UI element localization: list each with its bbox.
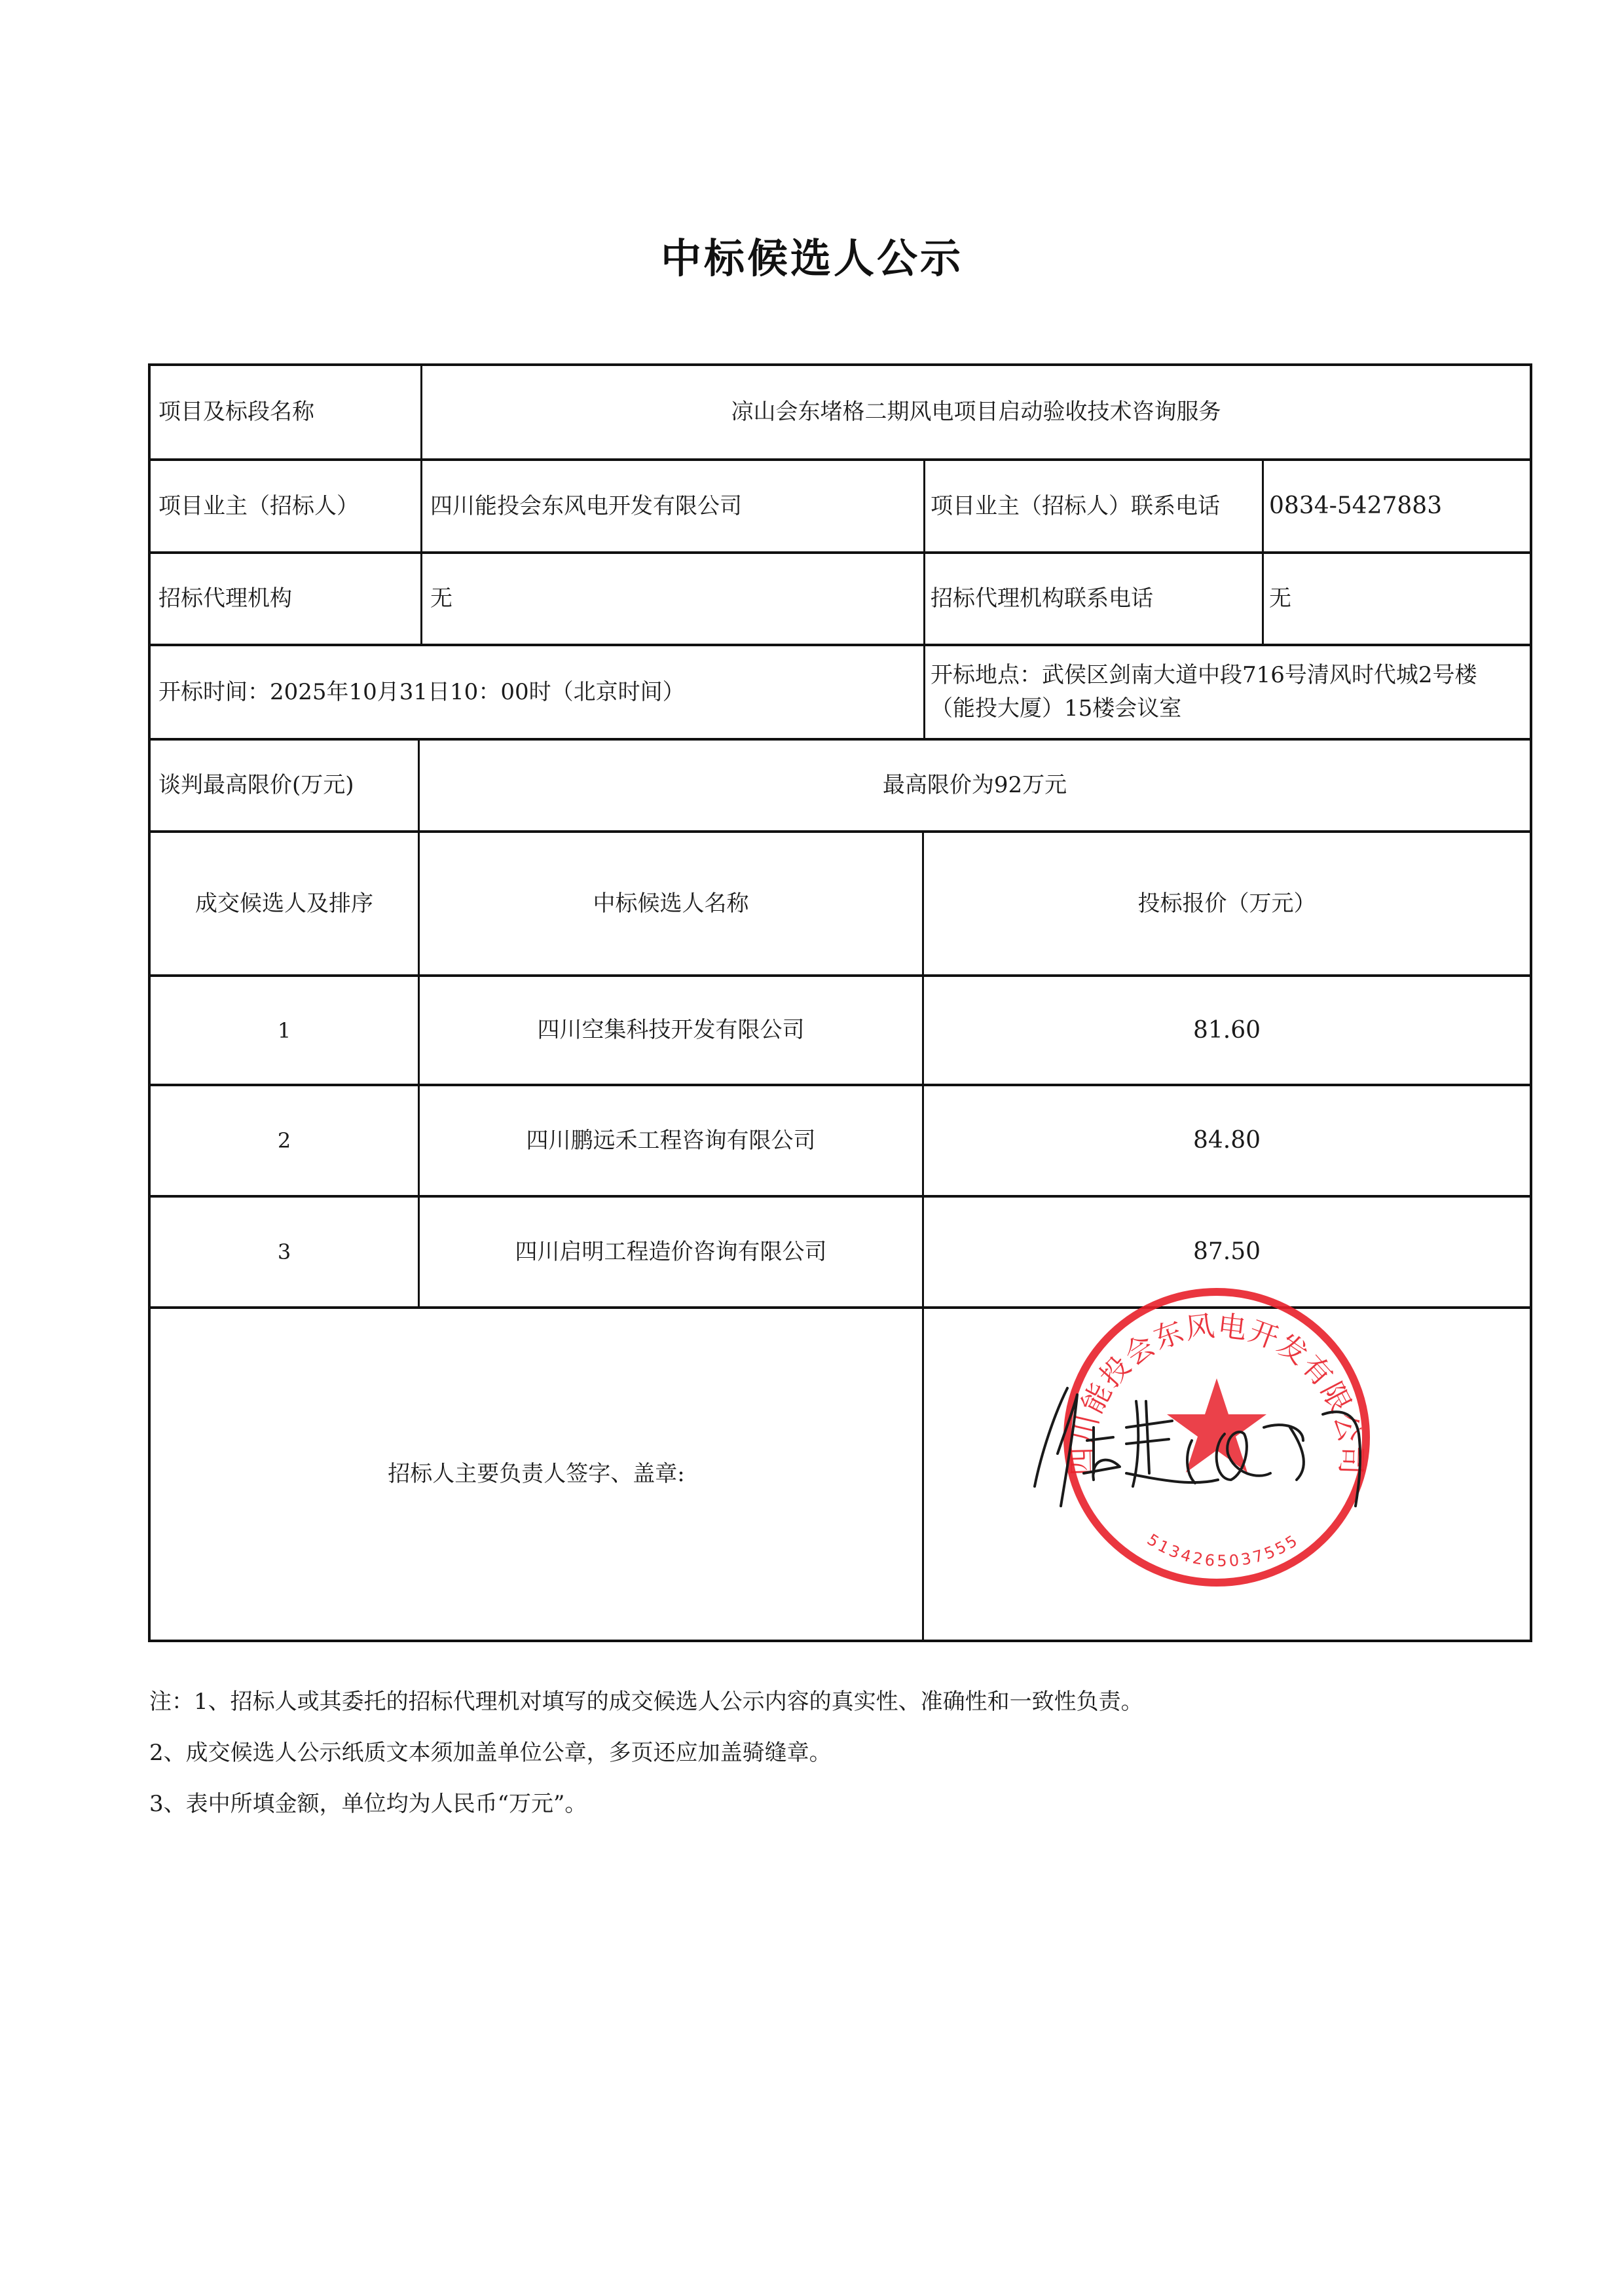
- candidate-2-rank: 2: [151, 1086, 418, 1195]
- project-value: 凉山会东堵格二期风电项目启动验收技术咨询服务: [422, 366, 1530, 458]
- candidate-1-name: 四川空集科技开发有限公司: [420, 977, 922, 1084]
- notes-section: 注：1、招标人或其委托的招标代理机对填写的成交候选人公示内容的真实性、准确性和一…: [149, 1676, 1143, 1829]
- agency-label: 招标代理机构: [151, 554, 420, 644]
- project-label: 项目及标段名称: [151, 366, 420, 458]
- owner-value: 四川能投会东风电开发有限公司: [422, 461, 923, 551]
- candidate-1-price: 81.60: [924, 977, 1530, 1084]
- opening-place: 开标地点：武侯区剑南大道中段716号清风时代城2号楼 （能投大厦）15楼会议室: [925, 646, 1530, 738]
- opening-place-line1: 开标地点：武侯区剑南大道中段716号清风时代城2号楼: [931, 659, 1477, 692]
- owner-phone-label: 项目业主（招标人）联系电话: [925, 461, 1262, 551]
- owner-label: 项目业主（招标人）: [151, 461, 420, 551]
- agency-phone-value: 无: [1264, 554, 1530, 644]
- signature-label: 招标人主要负责人签字、盖章:: [151, 1309, 922, 1640]
- opening-place-line2: （能投大厦）15楼会议室: [931, 692, 1181, 725]
- candidate-2-price: 84.80: [924, 1086, 1530, 1195]
- document-title: 中标候选人公示: [0, 226, 1624, 284]
- header-price: 投标报价（万元）: [924, 833, 1530, 974]
- note-1: 注：1、招标人或其委托的招标代理机对填写的成交候选人公示内容的真实性、准确性和一…: [149, 1676, 1143, 1727]
- candidate-1-rank: 1: [151, 977, 418, 1084]
- max-price-value: 最高限价为92万元: [420, 741, 1530, 830]
- note-3: 3、表中所填金额，单位均为人民币“万元”。: [149, 1778, 1143, 1829]
- header-name: 中标候选人名称: [420, 833, 922, 974]
- opening-time: 开标时间：2025年10月31日10：00时（北京时间）: [151, 646, 923, 738]
- seal-number: 5134265037555: [1144, 1530, 1303, 1570]
- header-rank: 成交候选人及排序: [151, 833, 418, 974]
- handwritten-signature-icon: [1028, 1375, 1382, 1519]
- max-price-label: 谈判最高限价(万元): [151, 741, 418, 830]
- candidate-2-name: 四川鹏远禾工程咨询有限公司: [420, 1086, 922, 1195]
- owner-phone-value: 0834-5427883: [1264, 461, 1530, 551]
- svg-text:5134265037555: 5134265037555: [1144, 1530, 1303, 1570]
- candidate-3-name: 四川启明工程造价咨询有限公司: [420, 1198, 922, 1306]
- agency-phone-label: 招标代理机构联系电话: [925, 554, 1262, 644]
- candidate-3-rank: 3: [151, 1198, 418, 1306]
- agency-value: 无: [422, 554, 923, 644]
- note-2: 2、成交候选人公示纸质文本须加盖单位公章，多页还应加盖骑缝章。: [149, 1727, 1143, 1778]
